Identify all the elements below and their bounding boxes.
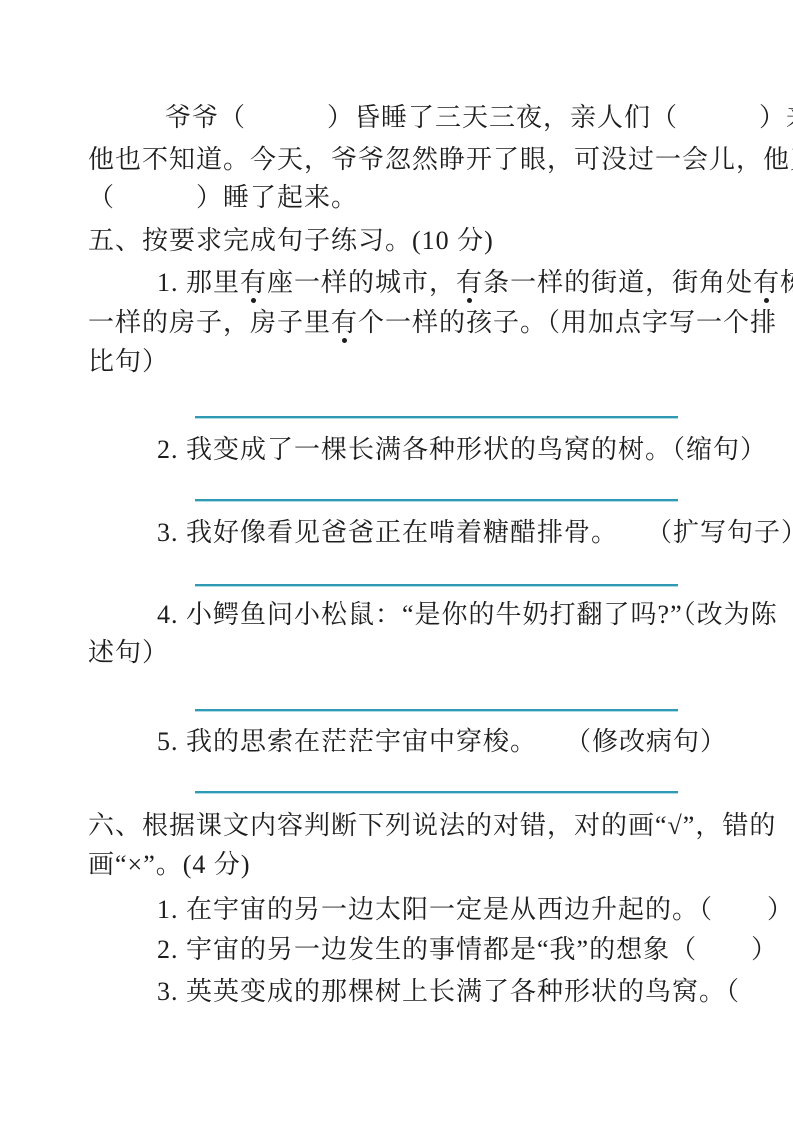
text-segment: 1. 那里 [157,268,240,297]
intro-line-1: 爷爷（ ）昏睡了三天三夜，亲人们（ ）来看他， [165,98,793,138]
section-5-question-3: 3. 我好像看见爸爸正在啃着糖醋排骨。 （扩写句子） [157,513,793,553]
answer-blank-line [195,791,678,793]
text-segment: 个一样的孩子。（用加点字写一个排 [358,308,777,337]
section-6-question-3: 3. 英英变成的那棵树上长满了各种形状的鸟窝。（ ） [157,972,793,1012]
text-segment: 栋 [780,268,793,297]
worksheet-page: 爷爷（ ）昏睡了三天三夜，亲人们（ ）来看他， 他也不知道。今天，爷爷忽然睁开了… [0,0,793,1122]
answer-blank-line [195,416,678,418]
intro-line-3: （ ）睡了起来。 [88,178,358,218]
section-5-question-5: 5. 我的思索在茫茫宇宙中穿梭。 （修改病句） [157,722,727,762]
emphasis-dot-char: 有 [240,268,267,297]
section-5-heading: 五、按要求完成句子练习。(10 分) [88,221,494,261]
text-segment: 座一样的城市， [267,268,456,297]
answer-blank-line [195,584,678,586]
intro-line-2: 他也不知道。今天，爷爷忽然睁开了眼，可没过一会儿，他又 [88,140,793,180]
section-6-question-1: 1. 在宇宙的另一边太阳一定是从西边升起的。（ ） [157,890,793,930]
section-6-question-2: 2. 宇宙的另一边发生的事情都是“我”的想象（ ） [157,930,778,970]
section-5-question-2: 2. 我变成了一棵长满各种形状的鸟窝的树。（缩句） [157,430,767,470]
section-5-question-1-line-1: 1. 那里有座一样的城市，有条一样的街道，街角处有栋 [157,263,793,303]
section-5-question-4-line-1: 4. 小鳄鱼问小松鼠：“是你的牛奶打翻了吗?”（改为陈 [157,595,778,635]
emphasis-dot-char: 有 [331,308,358,337]
section-6-heading-line-1: 六、根据课文内容判断下列说法的对错，对的画“√”，错的 [88,806,776,846]
emphasis-dot-char: 有 [456,268,483,297]
answer-blank-line [195,709,678,711]
text-segment: 一样的房子，房子里 [88,308,331,337]
section-5-question-4-line-2: 述句） [88,633,169,673]
answer-blank-line [195,499,678,501]
emphasis-dot-char: 有 [753,268,780,297]
text-segment: 条一样的街道，街角处 [483,268,753,297]
section-5-question-1-line-2: 一样的房子，房子里有个一样的孩子。（用加点字写一个排 [88,303,777,343]
section-6-heading-line-2: 画“×”。(4 分) [88,845,251,885]
section-5-question-1-line-3: 比句） [88,342,169,382]
